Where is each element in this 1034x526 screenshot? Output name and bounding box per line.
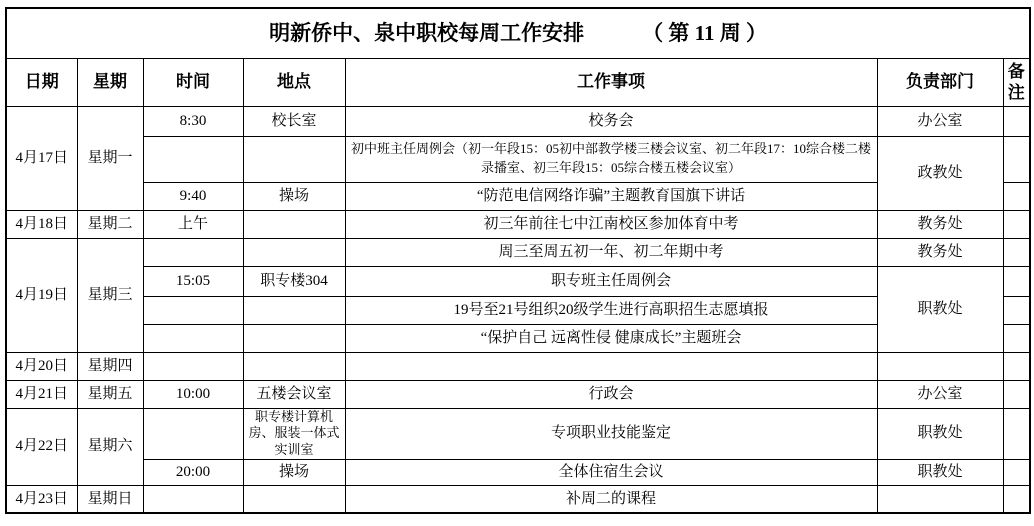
table-row: 9:40 操场 “防范电信网络诈骗”主题教育国旗下讲话 (6, 182, 1030, 210)
schedule-table: 明新侨中、泉中职校每周工作安排（ 第 11 周 ） 日期 星期 时间 地点 工作… (5, 7, 1031, 514)
col-header-location: 地点 (243, 58, 345, 106)
remark-cell (1003, 136, 1030, 182)
remark-cell (1003, 238, 1030, 266)
weekday-cell: 星期一 (77, 106, 143, 210)
date-cell: 4月19日 (6, 238, 77, 352)
date-cell: 4月22日 (6, 408, 77, 486)
page: 明新侨中、泉中职校每周工作安排（ 第 11 周 ） 日期 星期 时间 地点 工作… (0, 0, 1034, 526)
col-header-date: 日期 (6, 58, 77, 106)
remark-cell (1003, 182, 1030, 210)
remark-cell (1003, 324, 1030, 352)
task-cell (345, 352, 877, 380)
task-cell: 专项职业技能鉴定 (345, 408, 877, 460)
title-week-number: （ 第 11 周 ） (642, 21, 767, 45)
table-row: 15:05 职专楼304 职专班主任周例会 职教处 (6, 266, 1030, 296)
time-cell (143, 324, 243, 352)
remark-cell (1003, 296, 1030, 324)
department-cell (877, 352, 1003, 380)
date-cell: 4月20日 (6, 352, 77, 380)
weekday-cell: 星期四 (77, 352, 143, 380)
time-cell (143, 136, 243, 182)
task-cell: 19号至21号组织20级学生进行高职招生志愿填报 (345, 296, 877, 324)
date-cell: 4月21日 (6, 380, 77, 408)
time-cell: 8:30 (143, 106, 243, 136)
time-cell: 9:40 (143, 182, 243, 210)
remark-cell (1003, 486, 1030, 513)
table-row: 4月21日 星期五 10:00 五楼会议室 行政会 办公室 (6, 380, 1030, 408)
department-cell (877, 486, 1003, 513)
title-main: 明新侨中、泉中职校每周工作安排 (269, 21, 584, 45)
time-cell (143, 486, 243, 513)
task-cell: 初三年前往七中江南校区参加体育中考 (345, 210, 877, 238)
task-cell: 校务会 (345, 106, 877, 136)
department-cell: 职教处 (877, 460, 1003, 486)
weekday-cell: 星期二 (77, 210, 143, 238)
location-cell: 职专楼计算机房、服装一体式实训室 (243, 408, 345, 460)
remark-cell (1003, 460, 1030, 486)
location-cell: 五楼会议室 (243, 380, 345, 408)
weekday-cell: 星期六 (77, 408, 143, 486)
remark-cell (1003, 210, 1030, 238)
task-cell: 周三至周五初一年、初二年期中考 (345, 238, 877, 266)
task-cell: “防范电信网络诈骗”主题教育国旗下讲话 (345, 182, 877, 210)
table-row: 初中班主任周例会（初一年段15：05初中部教学楼三楼会议室、初二年段17：10综… (6, 136, 1030, 182)
remark-cell (1003, 106, 1030, 136)
remark-cell (1003, 266, 1030, 296)
col-header-task: 工作事项 (345, 58, 877, 106)
department-cell: 政教处 (877, 136, 1003, 210)
time-cell (143, 352, 243, 380)
time-cell: 20:00 (143, 460, 243, 486)
department-cell: 教务处 (877, 210, 1003, 238)
table-row: “保护自己 远离性侵 健康成长”主题班会 (6, 324, 1030, 352)
table-row: 4月22日 星期六 职专楼计算机房、服装一体式实训室 专项职业技能鉴定 职教处 (6, 408, 1030, 460)
department-cell: 职教处 (877, 266, 1003, 352)
location-cell: 操场 (243, 460, 345, 486)
table-row: 4月18日 星期二 上午 初三年前往七中江南校区参加体育中考 教务处 (6, 210, 1030, 238)
col-header-time: 时间 (143, 58, 243, 106)
date-cell: 4月17日 (6, 106, 77, 210)
col-header-remark: 备注 (1003, 58, 1030, 106)
remark-cell (1003, 380, 1030, 408)
department-cell: 职教处 (877, 408, 1003, 460)
date-cell: 4月18日 (6, 210, 77, 238)
department-cell: 办公室 (877, 106, 1003, 136)
task-cell: 职专班主任周例会 (345, 266, 877, 296)
location-cell (243, 136, 345, 182)
weekday-cell: 星期三 (77, 238, 143, 352)
table-title: 明新侨中、泉中职校每周工作安排（ 第 11 周 ） (6, 8, 1030, 58)
department-cell: 教务处 (877, 238, 1003, 266)
weekday-cell: 星期日 (77, 486, 143, 513)
date-cell: 4月23日 (6, 486, 77, 513)
task-cell: 行政会 (345, 380, 877, 408)
location-cell: 操场 (243, 182, 345, 210)
location-cell (243, 296, 345, 324)
remark-cell (1003, 352, 1030, 380)
location-cell: 职专楼304 (243, 266, 345, 296)
location-cell (243, 210, 345, 238)
table-row: 4月19日 星期三 周三至周五初一年、初二年期中考 教务处 (6, 238, 1030, 266)
location-cell (243, 486, 345, 513)
table-row: 4月20日 星期四 (6, 352, 1030, 380)
table-row: 20:00 操场 全体住宿生会议 职教处 (6, 460, 1030, 486)
table-row: 19号至21号组织20级学生进行高职招生志愿填报 (6, 296, 1030, 324)
col-header-weekday: 星期 (77, 58, 143, 106)
col-header-department: 负责部门 (877, 58, 1003, 106)
location-cell: 校长室 (243, 106, 345, 136)
time-cell: 10:00 (143, 380, 243, 408)
table-row: 4月23日 星期日 补周二的课程 (6, 486, 1030, 513)
time-cell (143, 238, 243, 266)
task-cell: 补周二的课程 (345, 486, 877, 513)
department-cell: 办公室 (877, 380, 1003, 408)
weekday-cell: 星期五 (77, 380, 143, 408)
location-cell (243, 324, 345, 352)
location-cell (243, 352, 345, 380)
task-cell: “保护自己 远离性侵 健康成长”主题班会 (345, 324, 877, 352)
time-cell (143, 408, 243, 460)
location-cell (243, 238, 345, 266)
remark-cell (1003, 408, 1030, 460)
time-cell: 上午 (143, 210, 243, 238)
time-cell: 15:05 (143, 266, 243, 296)
task-cell: 全体住宿生会议 (345, 460, 877, 486)
time-cell (143, 296, 243, 324)
table-row: 4月17日 星期一 8:30 校长室 校务会 办公室 (6, 106, 1030, 136)
task-cell: 初中班主任周例会（初一年段15：05初中部教学楼三楼会议室、初二年段17：10综… (345, 136, 877, 182)
